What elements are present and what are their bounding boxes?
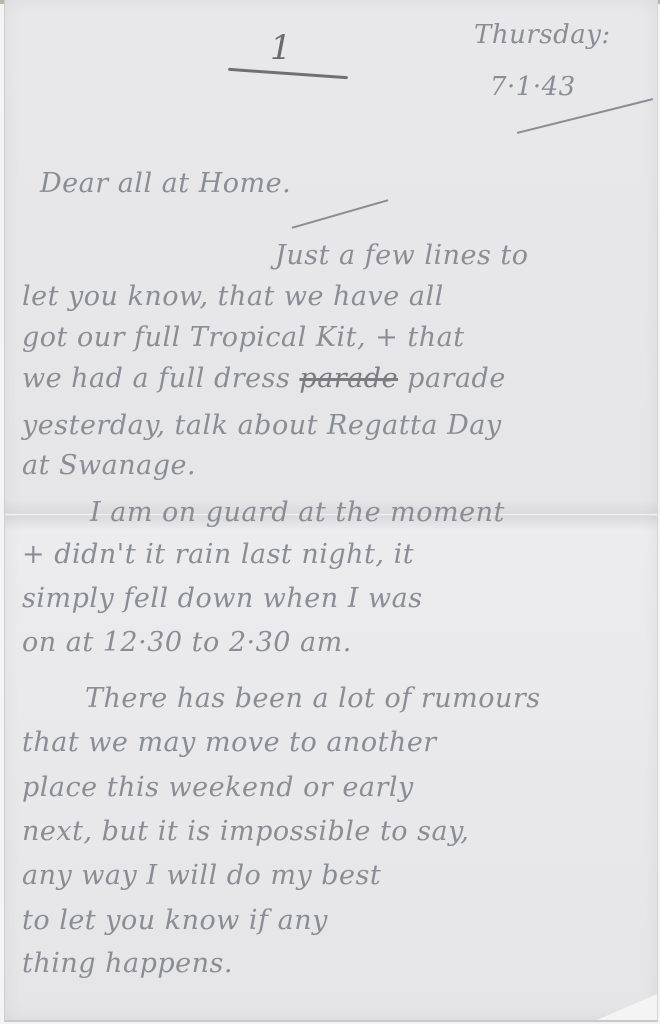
salutation: Dear all at Home. xyxy=(40,168,291,199)
letter-line: place this weekend or early xyxy=(22,772,414,803)
page-number: 1 xyxy=(270,28,292,68)
letter-line: thing happens. xyxy=(22,948,233,979)
letter-line: that we may move to another xyxy=(22,727,437,758)
letter-line: next, but it is impossible to say, xyxy=(22,816,469,847)
letter-line: at Swanage. xyxy=(22,450,196,481)
struck-word: parade xyxy=(299,363,398,394)
letter-line: on at 12·30 to 2·30 am. xyxy=(22,627,352,658)
letter-line: we had a full dress parade parade xyxy=(22,363,506,394)
letter-line: let you know, that we have all xyxy=(22,281,444,312)
letter-line: any way I will do my best xyxy=(22,860,381,891)
letter-line: to let you know if any xyxy=(22,905,328,936)
letter-line: There has been a lot of rumours xyxy=(85,683,541,714)
letter-text: we had a full dress xyxy=(22,363,290,394)
letter-line: I am on guard at the moment xyxy=(90,497,505,528)
letter-line: yesterday, talk about Regatta Day xyxy=(22,410,502,441)
letter-text: parade xyxy=(407,363,506,394)
letter-line: + didn't it rain last night, it xyxy=(22,539,414,570)
letter-line: Just a few lines to xyxy=(275,240,529,271)
folded-corner xyxy=(597,994,657,1020)
letter-day: Thursday: xyxy=(474,20,611,50)
letter-line: got our full Tropical Kit, + that xyxy=(22,322,465,353)
letter-line: simply fell down when I was xyxy=(22,583,423,614)
letter-date: 7·1·43 xyxy=(490,72,576,102)
